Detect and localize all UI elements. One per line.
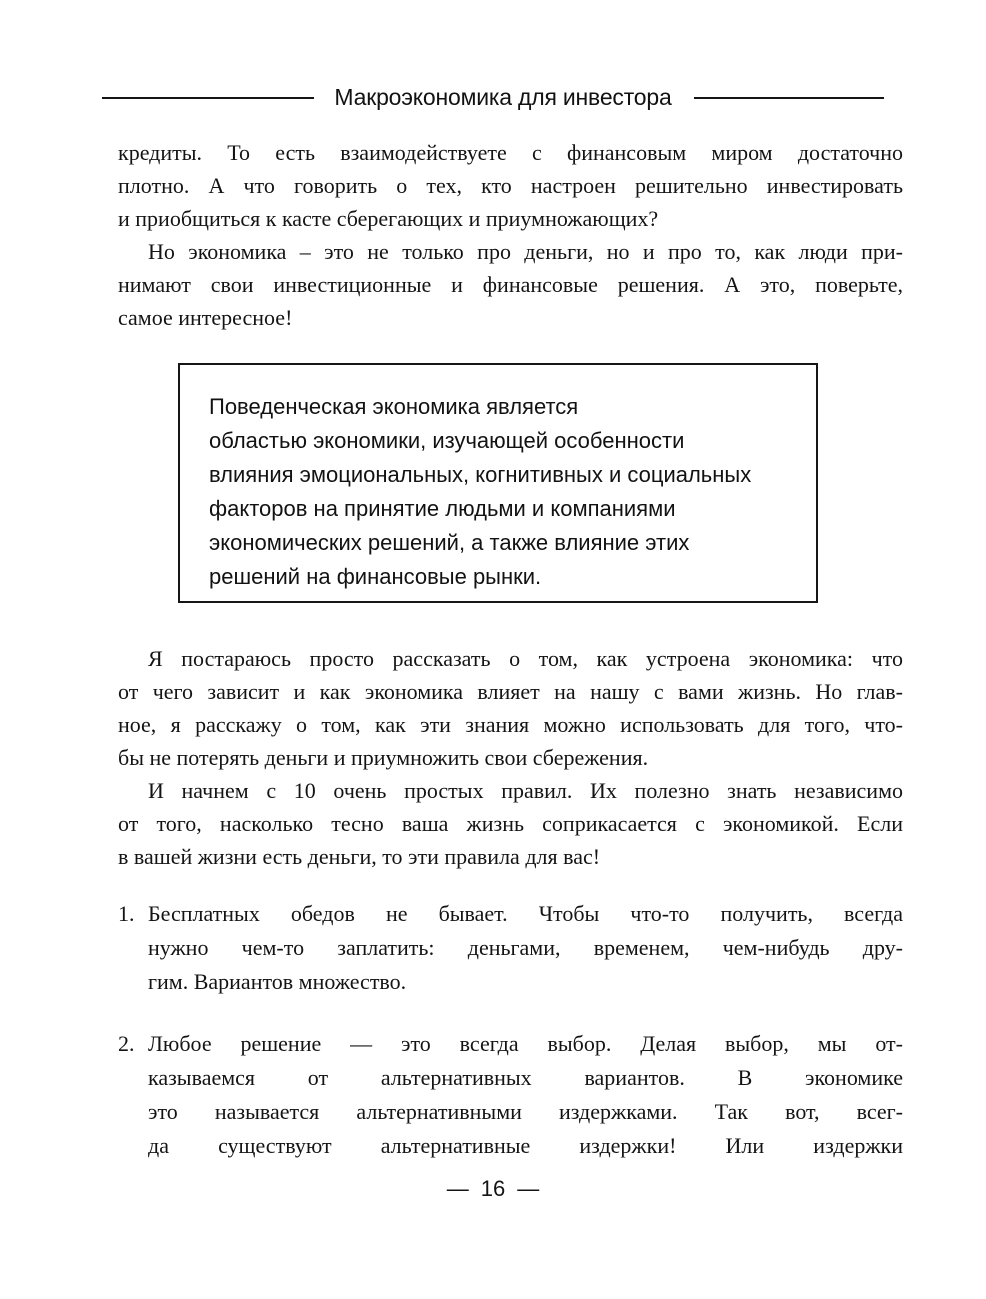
box-line: факторов на принятие людьми и компаниями [209,492,796,526]
text-line: нимают свои инвестиционные и финансовые … [118,268,903,301]
paragraph: Я постараюсь просто рассказать о том, ка… [118,642,903,774]
list-item-lines: Бесплатных обедов не бывает. Чтобы что-т… [148,897,903,999]
header-rule-left [102,97,314,99]
text-line: и приобщиться к касте сберегающих и приу… [118,202,903,235]
header-title: Макроэкономика для инвестора [334,84,671,111]
list-item: 2. Любое решение — это всегда выбор. Дел… [118,1027,903,1163]
paragraph: И начнем с 10 очень простых правил. Их п… [118,774,903,873]
text-line: в вашей жизни есть деньги, то эти правил… [118,840,903,873]
book-page: Макроэкономика для инвестора кредиты. То… [0,0,986,1299]
text-line: плотно. А что говорить о тех, кто настро… [118,169,903,202]
page-footer: — 16 — [0,1176,986,1202]
box-line: влияния эмоциональных, когнитивных и соц… [209,458,796,492]
text-line: самое интересное! [118,301,903,334]
text-line: кредиты. То есть взаимодействуете с фина… [118,136,903,169]
paragraph: кредиты. То есть взаимодействуете с фина… [118,136,903,235]
list-item-number: 1. [118,897,148,999]
text-line: от того, насколько тесно ваша жизнь сопр… [118,807,903,840]
text-line: гим. Вариантов множество. [148,965,903,999]
text-line: это называется альтернативными издержкам… [148,1095,903,1129]
text-line: ное, я расскажу о том, как эти знания мо… [118,708,903,741]
list-item-number: 2. [118,1027,148,1163]
box-line: Поведенческая экономика является [209,390,796,424]
list-item: 1. Бесплатных обедов не бывает. Чтобы чт… [118,897,903,999]
text-line: казываемся от альтернативных вариантов. … [148,1061,903,1095]
list-item-lines: Любое решение — это всегда выбор. Делая … [148,1027,903,1163]
page-number: 16 [481,1176,505,1202]
footer-dash-right: — [517,1176,539,1202]
text-line: Бесплатных обедов не бывает. Чтобы что-т… [148,897,903,931]
text-line: Я постараюсь просто рассказать о том, ка… [118,642,903,675]
text-line: бы не потерять деньги и приумножить свои… [118,741,903,774]
text-line: И начнем с 10 очень простых правил. Их п… [118,774,903,807]
box-line: областью экономики, изучающей особенност… [209,424,796,458]
paragraph: Но экономика – это не только про деньги,… [118,235,903,334]
box-line: экономических решений, а также влияние э… [209,526,796,560]
text-line: да существуют альтернативные издержки! И… [148,1129,903,1163]
text-line: от чего зависит и как экономика влияет н… [118,675,903,708]
text-line: нужно чем-то заплатить: деньгами, времен… [148,931,903,965]
text-line: Но экономика – это не только про деньги,… [118,235,903,268]
running-head: Макроэкономика для инвестора [0,84,986,111]
footer-dash-left: — [447,1176,469,1202]
rules-list: 1. Бесплатных обедов не бывает. Чтобы чт… [118,897,903,1163]
box-line: решений на финансовые рынки. [209,560,796,594]
definition-box: Поведенческая экономика является область… [178,363,818,603]
header-rule-right [694,97,884,99]
text-line: Любое решение — это всегда выбор. Делая … [148,1027,903,1061]
body-text: кредиты. То есть взаимодействуете с фина… [118,136,903,1163]
